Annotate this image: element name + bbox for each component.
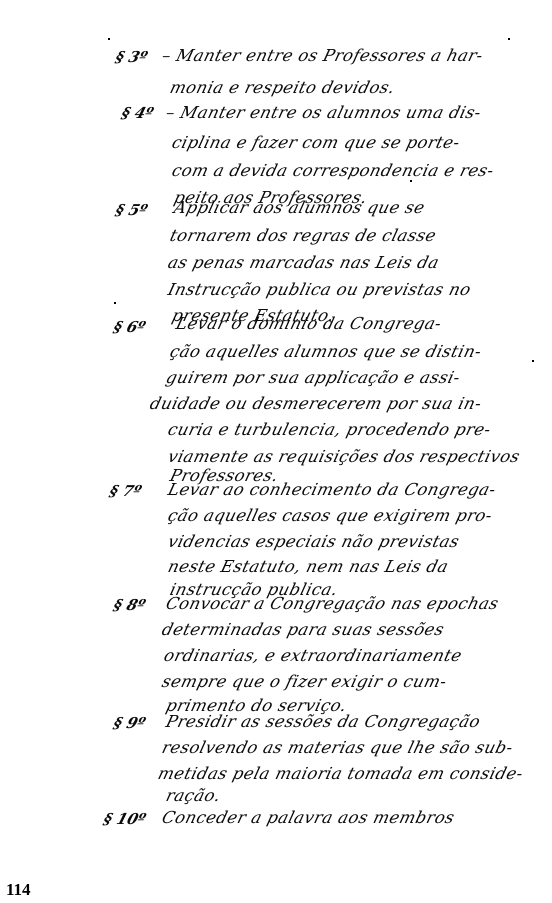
text-line: guirem por sua applicação e assi- (164, 368, 462, 387)
scan-speck (532, 360, 534, 362)
section-marker: § 4º (119, 104, 155, 122)
text-line: Applicar aos alumnos que se (172, 198, 427, 217)
section-marker: § 7º (107, 482, 143, 500)
text-line: ciplina e fazer com que se porte- (170, 133, 462, 152)
scan-speck (114, 302, 116, 304)
scan-speck (410, 180, 412, 182)
manuscript-page: § 3º – Manter entre os Professores a har… (0, 0, 552, 903)
section-marker: § 10º (101, 810, 148, 828)
text-line: monia e respeito devidos. (168, 78, 397, 97)
section-marker: § 6º (111, 318, 147, 336)
text-line: com a devida correspondencia e res- (170, 161, 496, 180)
text-line: Instrucção publica ou previstas no (166, 280, 473, 299)
text-line: Convocar a Congregação nas epochas (164, 594, 501, 613)
text-line: ração. (164, 786, 223, 805)
text-line: determinadas para suas sessões (160, 620, 446, 639)
text-line: viamente as requisições dos respectivos (166, 447, 522, 466)
text-line: metidas pela maioria tomada em conside- (156, 764, 525, 783)
scan-speck (108, 38, 110, 40)
text-line: ordinarias, e extraordinariamente (162, 646, 464, 665)
scan-speck (508, 38, 510, 40)
text-line: – Manter entre os alumnos uma dis- (164, 103, 483, 122)
text-line: curia e turbulencia, procedendo pre- (166, 420, 493, 439)
text-line: Conceder a palavra aos membros (160, 808, 457, 827)
section-marker: § 5º (113, 201, 149, 219)
text-line: Levar ao conhecimento da Congrega- (166, 480, 498, 499)
text-line: – Manter entre os Professores a har- (160, 46, 485, 65)
text-line: duidade ou desmerecerem por sua in- (148, 394, 484, 413)
text-line: videncias especiais não previstas (166, 532, 461, 551)
text-line: Presidir as sessões da Congregação (164, 712, 482, 731)
text-line: neste Estatuto, nem nas Leis da (166, 557, 451, 576)
text-line: as penas marcadas nas Leis da (166, 253, 441, 272)
section-marker: § 9º (111, 714, 147, 732)
text-line: ção aquelles casos que exigirem pro- (166, 506, 494, 525)
section-marker: § 3º (113, 48, 149, 66)
text-line: ção aquelles alumnos que se distin- (168, 342, 484, 361)
text-line: resolvendo as materias que lhe são sub- (160, 738, 515, 757)
text-line: sempre que o fizer exigir o cum- (160, 672, 449, 691)
text-line: Levar o dominio da Congrega- (174, 314, 444, 333)
text-line: tornarem dos regras de classe (168, 226, 438, 245)
section-marker: § 8º (111, 596, 147, 614)
page-number: 114 (6, 880, 31, 900)
